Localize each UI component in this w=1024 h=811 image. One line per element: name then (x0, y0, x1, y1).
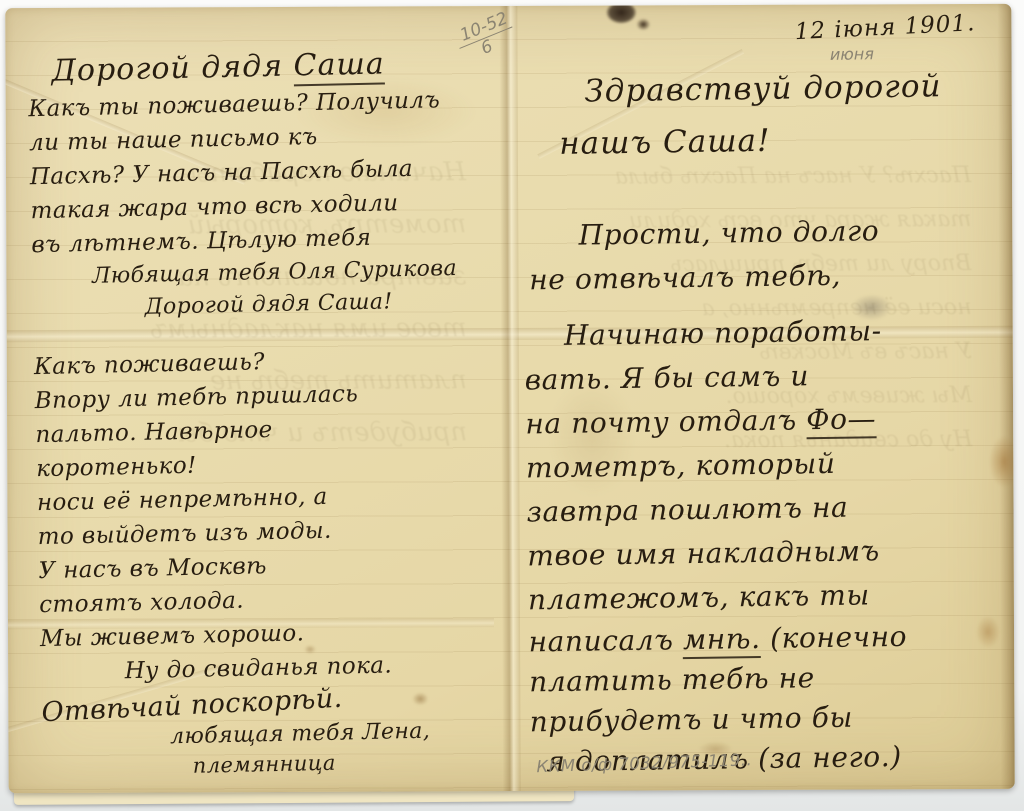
letter-line: твое имя накладнымъ (527, 527, 1010, 578)
letter-line: тометръ, который (526, 439, 1009, 490)
letter-line: не отвѣчалъ тебѣ, (529, 251, 1006, 302)
letter-line: завтра пошлютъ на (526, 483, 1009, 534)
right-heading: нашъ Саша! (559, 111, 1004, 170)
letter-line: Прости, что долго (578, 207, 1005, 257)
underlined-word: Фо— (806, 402, 876, 439)
left-heading-underlined: Саша (293, 46, 385, 86)
letter-page-right: 12 іюня 1901. июня Здравствуй дорогой на… (519, 15, 1012, 782)
line-text: на почту отдалъ (525, 403, 806, 440)
underlined-word: мнѣ. (683, 622, 761, 659)
line-text: (конечно (760, 620, 907, 655)
letter-sheet: Начинаю поработы- тометръ, который завтр… (5, 4, 1014, 793)
left-heading-text: Дорогой дядя (51, 48, 294, 88)
letter-scan: Начинаю поработы- тометръ, который завтр… (0, 0, 1024, 811)
right-heading: Здравствуй дорогой (584, 59, 1003, 117)
letter-line: вать. Я бы самъ и (524, 351, 1007, 402)
letter-line: Начинаю поработы- (564, 307, 1007, 358)
line-text: написалъ (528, 623, 683, 658)
letter-line-photometer: на почту отдалъ Фо— (525, 395, 1008, 446)
second-heading: Дорогой дядя Саша! (144, 284, 501, 324)
letter-page-left: Дорогой дядя Саша Какъ ты поживаешь? Пол… (27, 42, 511, 783)
letter-line: платежомъ, какъ ты (528, 571, 1011, 622)
